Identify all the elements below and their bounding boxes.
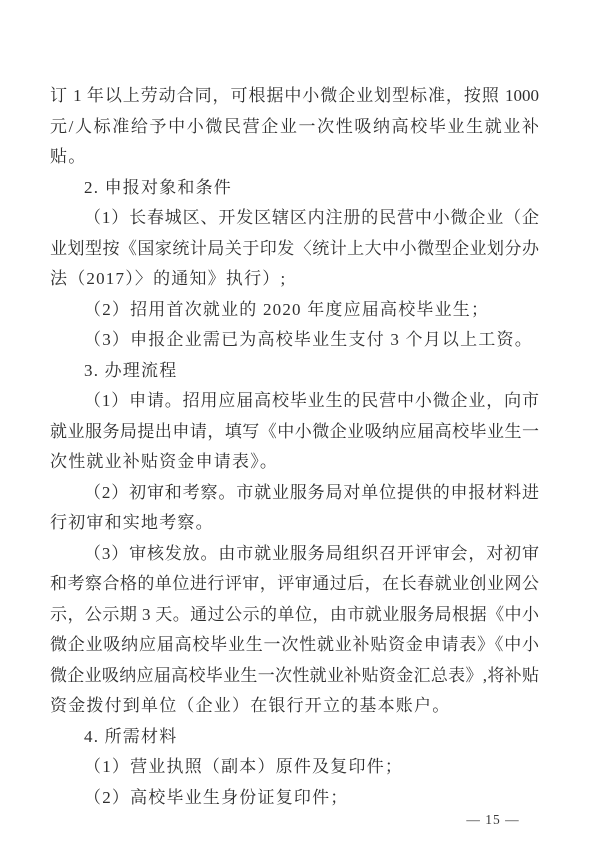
doc-line: （3）申报企业需已为高校毕业生支付 3 个月以上工资。 <box>50 325 539 356</box>
doc-line: （2）招用首次就业的 2020 年度应届高校毕业生； <box>50 295 539 326</box>
doc-line: 贴。 <box>50 142 539 173</box>
doc-line: （1）长春城区、开发区辖区内注册的民营中小微企业（企 <box>50 203 539 234</box>
document-page: 订 1 年以上劳动合同，可根据中小微企业划型标准，按照 1000 元/人标准给予… <box>0 0 589 858</box>
doc-line: （3）审核发放。由市就业服务局组织召开评审会，对初审 <box>50 539 539 570</box>
doc-line: （1）申请。招用应届高校毕业生的民营中小微企业，向市 <box>50 386 539 417</box>
doc-line: 法（2017）〉的通知》执行）; <box>50 264 539 295</box>
doc-line: 业划型按《国家统计局关于印发〈统计上大中小微型企业划分办 <box>50 234 539 265</box>
doc-line: （2）高校毕业生身份证复印件； <box>50 783 539 814</box>
document-body: 订 1 年以上劳动合同，可根据中小微企业划型标准，按照 1000 元/人标准给予… <box>50 81 539 813</box>
doc-line: （2）初审和考察。市就业服务局对单位提供的申报材料进 <box>50 478 539 509</box>
section-heading-3: 3. 办理流程 <box>50 356 539 387</box>
doc-line: 微企业吸纳应届高校毕业生一次性就业补贴资金申请表》《中小 <box>50 630 539 661</box>
doc-line: 微企业吸纳应届高校毕业生一次性就业补贴资金汇总表》,将补贴 <box>50 661 539 692</box>
section-heading-4: 4. 所需材料 <box>50 722 539 753</box>
doc-line: 就业服务局提出申请，填写《中小微企业吸纳应届高校毕业生一 <box>50 417 539 448</box>
doc-line: 和考察合格的单位进行评审，评审通过后，在长春就业创业网公 <box>50 569 539 600</box>
section-heading-2: 2. 申报对象和条件 <box>50 173 539 204</box>
doc-line: （1）营业执照（副本）原件及复印件； <box>50 752 539 783</box>
doc-line: 元/人标准给予中小微民营企业一次性吸纳高校毕业生就业补 <box>50 112 539 143</box>
page-footer: — 15 — <box>448 812 538 828</box>
doc-line: 示，公示期 3 天。通过公示的单位，由市就业服务局根据《中小 <box>50 600 539 631</box>
doc-line: 行初审和实地考察。 <box>50 508 539 539</box>
doc-line: 次性就业补贴资金申请表》。 <box>50 447 539 478</box>
doc-line: 订 1 年以上劳动合同，可根据中小微企业划型标准，按照 1000 <box>50 81 539 112</box>
doc-line: 资金拨付到单位（企业）在银行开立的基本账户。 <box>50 691 539 722</box>
